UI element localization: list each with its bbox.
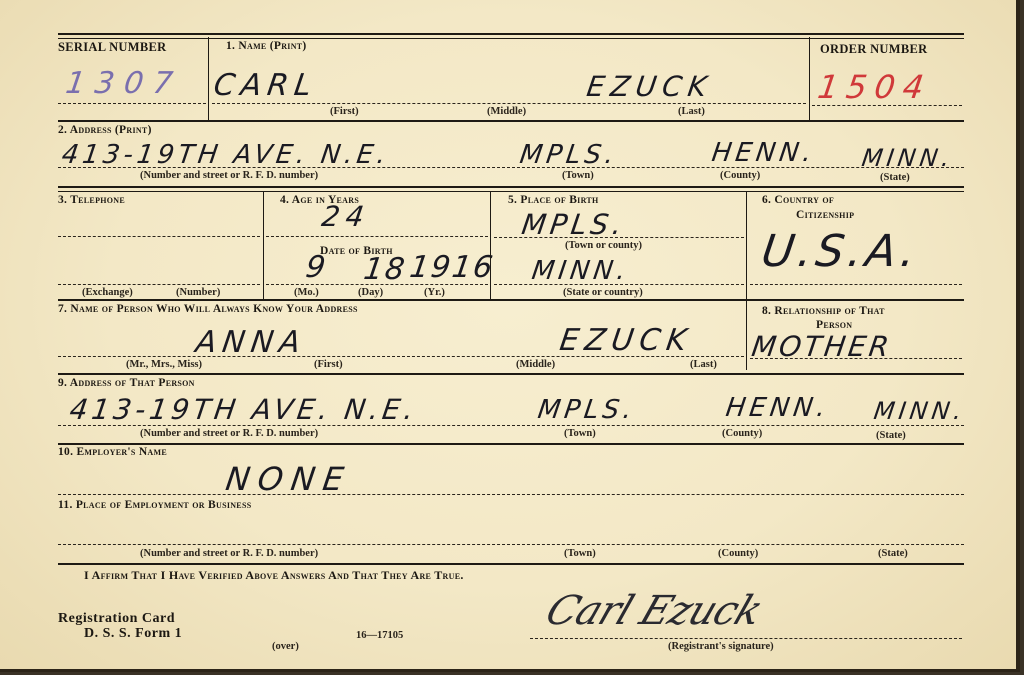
card-title: Registration Card (58, 611, 175, 627)
divider (809, 37, 810, 120)
telephone-label: 3. Telephone (58, 194, 125, 206)
contact-first-value: ANNA (194, 325, 309, 360)
birthplace-line (494, 237, 744, 238)
order-number-value: 1504 (815, 68, 934, 106)
serial-number-value: 1307 (64, 66, 185, 101)
contact-address-label: 9. Address of That Person (58, 377, 195, 389)
address-county-caption: (County) (720, 170, 760, 181)
address-state-caption: (State) (880, 172, 910, 183)
name-last-value: EZUCK (585, 70, 715, 103)
contact-last-caption: (Last) (690, 359, 717, 370)
divider (208, 37, 209, 120)
contact-first-caption: (First) (314, 359, 343, 370)
contact-label: 7. Name of Person Who Will Always Know Y… (58, 303, 358, 315)
dob-day-caption: (Day) (358, 287, 383, 298)
rule (58, 120, 964, 122)
dob-month-value: 9 (304, 250, 334, 285)
employment-state-caption: (State) (878, 548, 908, 559)
address-town-caption: (Town) (562, 170, 594, 181)
age-line (266, 236, 488, 237)
name-line (212, 103, 806, 104)
birthplace-state-caption: (State or country) (563, 287, 643, 298)
rule (58, 373, 964, 375)
dob-year-value: 1916 (408, 250, 497, 285)
contact-address-county-caption: (County) (722, 428, 762, 439)
telephone-line (58, 284, 260, 285)
contact-line (58, 356, 744, 357)
name-first-caption: (First) (330, 106, 359, 117)
name-last-caption: (Last) (678, 106, 705, 117)
rule (58, 563, 964, 565)
birthplace-town-caption: (Town or county) (565, 240, 642, 251)
employer-value: NONE (223, 460, 354, 498)
employment-town-caption: (Town) (564, 548, 596, 559)
employment-place-line (58, 544, 964, 545)
relationship-line (750, 358, 962, 359)
affirmation-text: I Affirm That I Have Verified Above Answ… (84, 568, 464, 583)
signature-line (530, 638, 962, 639)
contact-last-value: EZUCK (558, 323, 695, 358)
signature-caption: (Registrant's signature) (668, 641, 774, 652)
employment-place-label: 11. Place of Employment or Business (58, 499, 251, 511)
citizenship-line (750, 284, 962, 285)
dob-line (266, 284, 488, 285)
rule (58, 443, 964, 445)
citizenship-value: U.S.A. (758, 226, 922, 277)
contact-address-street-caption: (Number and street or R. F. D. number) (140, 428, 318, 439)
contact-address-town-caption: (Town) (564, 428, 596, 439)
contact-address-street-value: 413-19TH AVE. N.E. (68, 393, 420, 426)
divider (490, 192, 491, 299)
order-line (812, 105, 962, 106)
name-label: 1. Name (Print) (226, 40, 307, 52)
rule (58, 299, 964, 301)
divider (746, 192, 747, 370)
birthplace-label: 5. Place of Birth (508, 194, 599, 206)
serial-line (58, 103, 206, 104)
employer-label: 10. Employer's Name (58, 446, 167, 458)
contact-title-caption: (Mr., Mrs., Miss) (126, 359, 202, 370)
name-middle-caption: (Middle) (487, 106, 526, 117)
birthplace-state-value: MINN. (530, 256, 631, 286)
top-rule (58, 33, 964, 39)
telephone-number-caption: (Number) (176, 287, 220, 298)
address-street-caption: (Number and street or R. F. D. number) (140, 170, 318, 181)
serial-number-label: SERIAL NUMBER (58, 40, 166, 55)
contact-address-line (58, 425, 964, 426)
age-value: 24 (320, 200, 372, 233)
contact-address-county-value: HENN. (724, 393, 831, 423)
contact-address-state-caption: (State) (876, 430, 906, 441)
address-line (58, 167, 964, 168)
employment-street-caption: (Number and street or R. F. D. number) (140, 548, 318, 559)
employer-line (58, 494, 964, 495)
order-number-label: ORDER NUMBER (820, 42, 927, 57)
registrant-signature: Carl Ezuck (540, 588, 769, 634)
address-town-value: MPLS. (518, 140, 620, 170)
rule (58, 186, 964, 192)
divider (263, 192, 264, 299)
birthplace-line (494, 284, 744, 285)
telephone-line (58, 236, 260, 237)
dob-year-caption: (Yr.) (424, 287, 445, 298)
registration-card: SERIAL NUMBER 1307 1. Name (Print) CARL … (0, 0, 1020, 672)
address-county-value: HENN. (710, 138, 817, 168)
relationship-label-1: 8. Relationship of That (762, 305, 885, 317)
over-note: (over) (272, 641, 299, 652)
citizenship-label-2: Citizenship (796, 209, 854, 221)
employment-county-caption: (County) (718, 548, 758, 559)
dob-day-value: 18 (362, 252, 409, 287)
print-code: 16—17105 (356, 630, 403, 641)
contact-middle-caption: (Middle) (516, 359, 555, 370)
contact-address-state-value: MINN. (872, 397, 967, 425)
name-first-value: CARL (212, 68, 320, 103)
citizenship-label-1: 6. Country of (762, 194, 834, 206)
address-label: 2. Address (Print) (58, 124, 152, 136)
telephone-exchange-caption: (Exchange) (82, 287, 133, 298)
form-number: D. S. S. Form 1 (84, 626, 182, 642)
dob-month-caption: (Mo.) (294, 287, 319, 298)
contact-address-town-value: MPLS. (536, 395, 638, 425)
address-street-value: 413-19TH AVE. N.E. (60, 140, 392, 170)
